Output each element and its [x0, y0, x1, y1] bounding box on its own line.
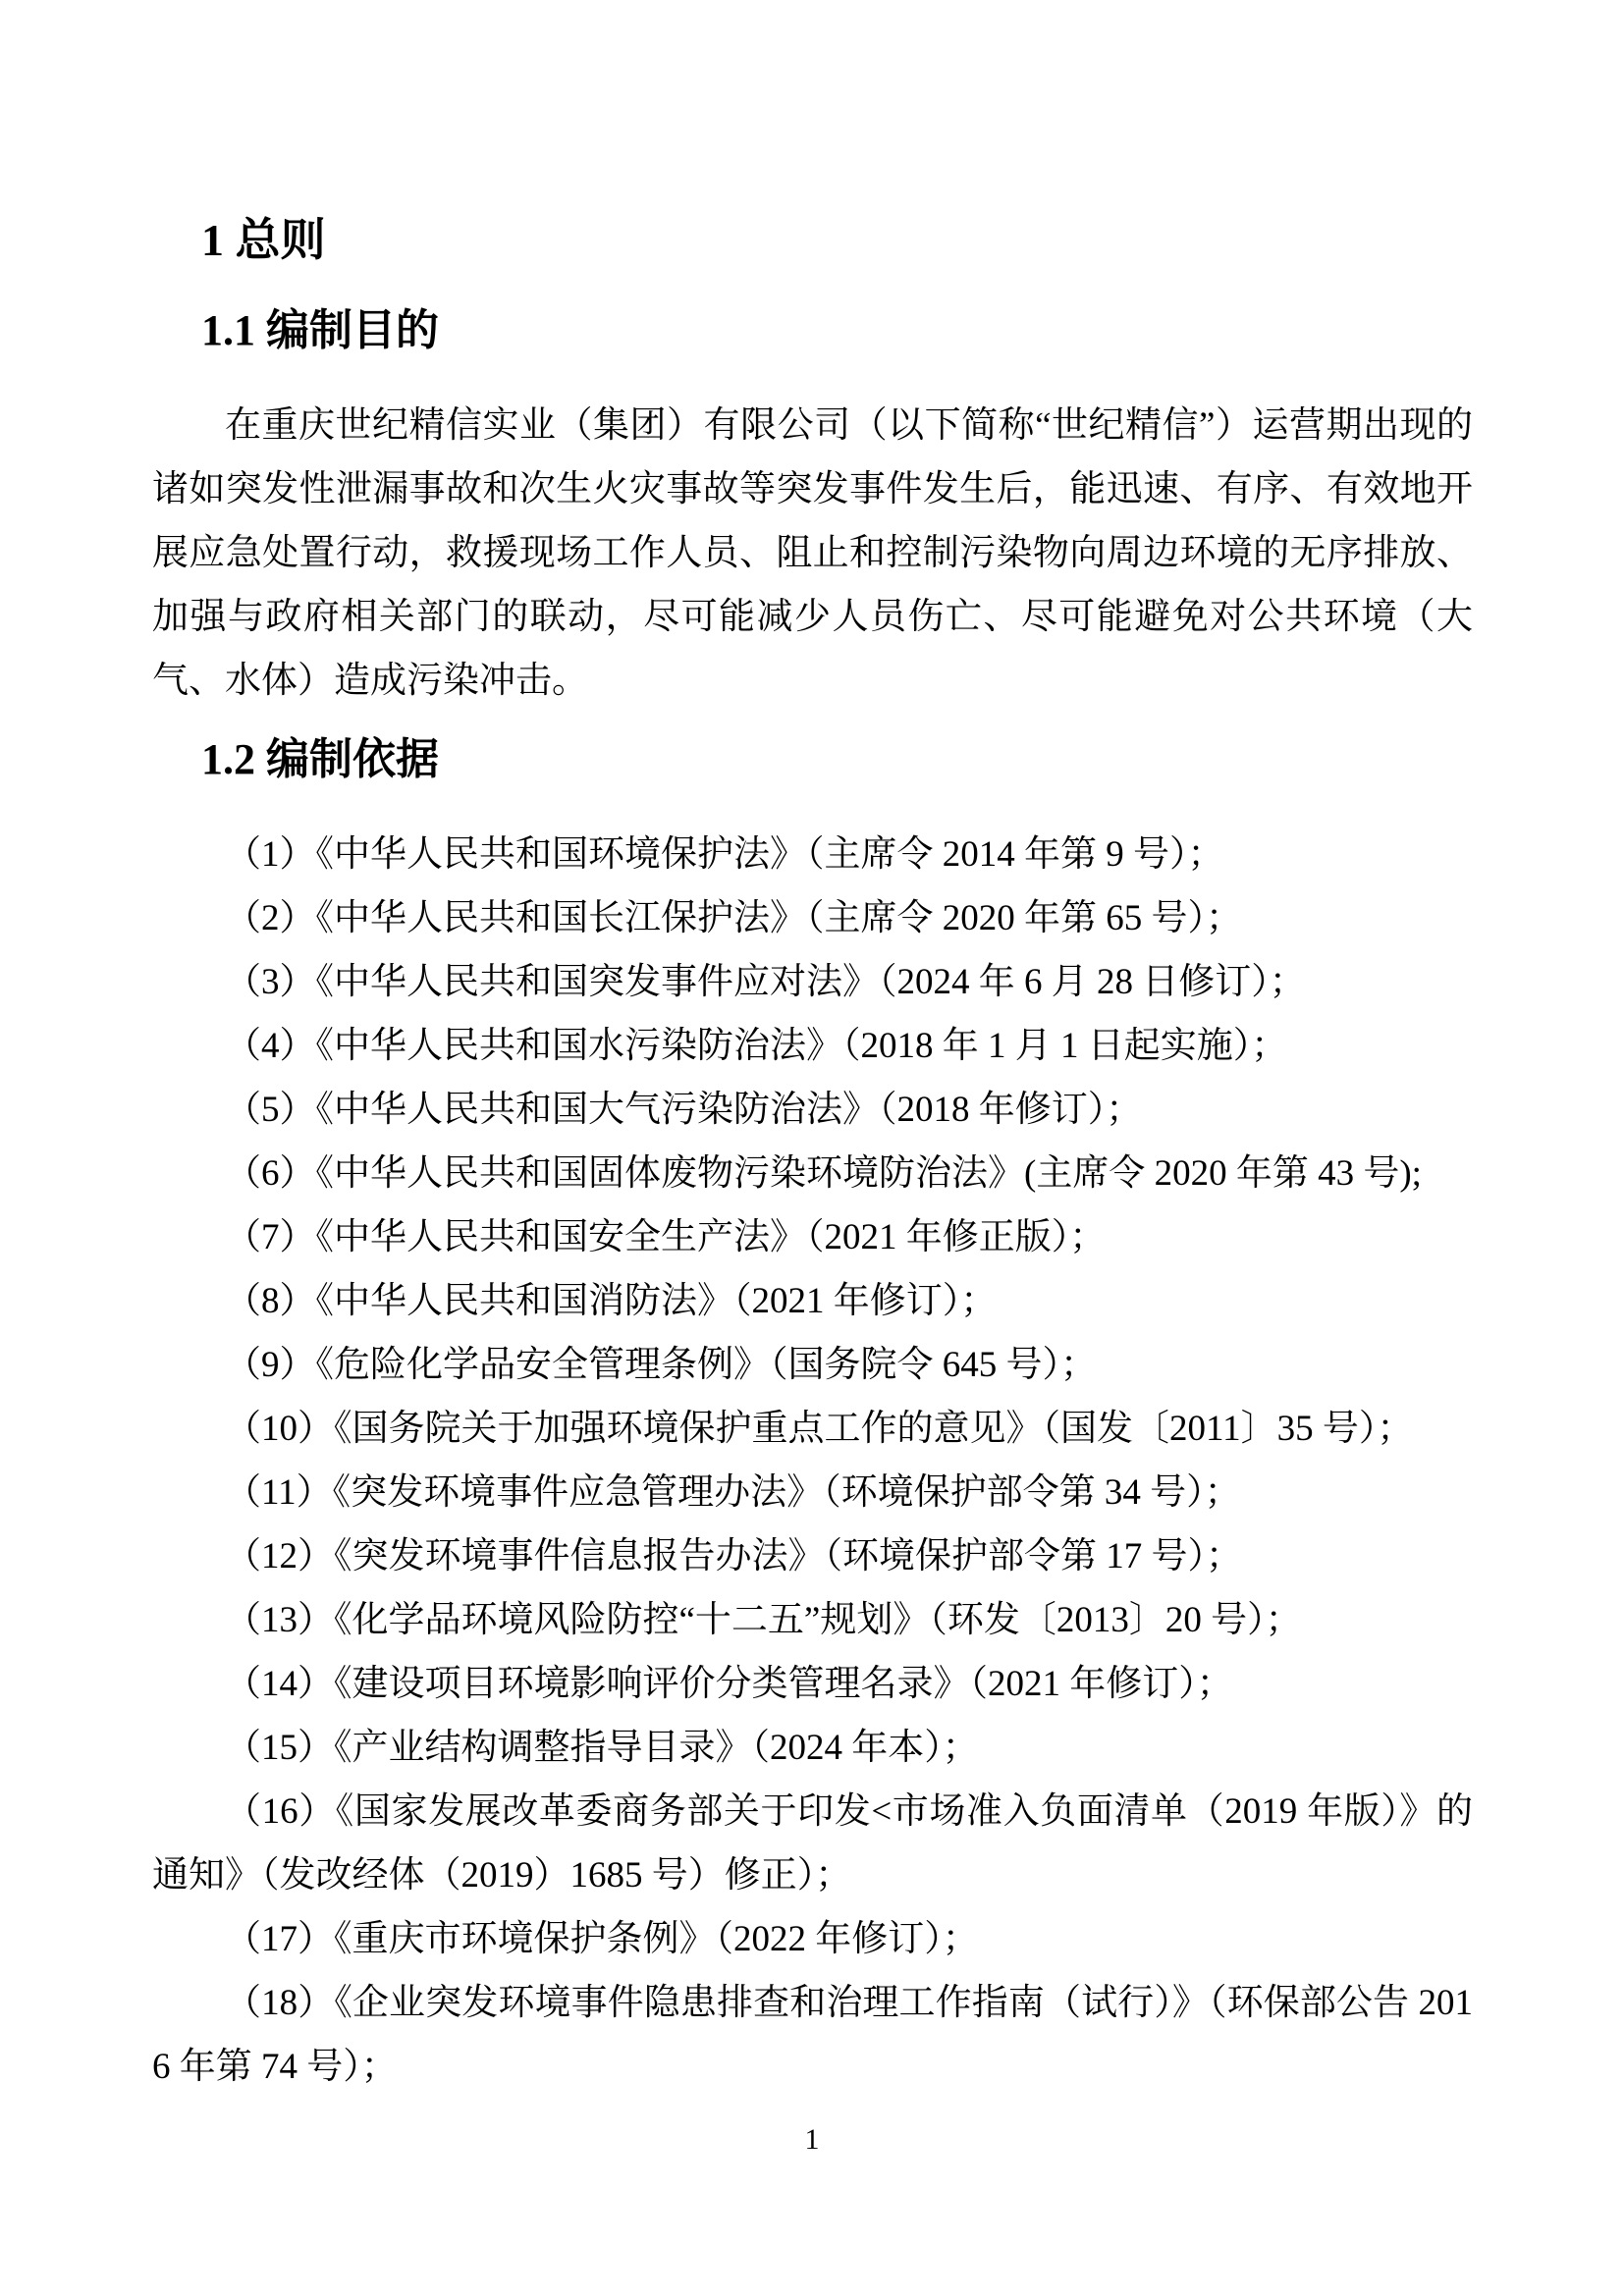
reference-item-10: （10）《国务院关于加强环境保护重点工作的意见》（国发〔2011〕35 号）；	[152, 1397, 1473, 1461]
reference-list: （1）《中华人民共和国环境保护法》（主席令 2014 年第 9 号）； （2）《…	[152, 823, 1473, 2099]
reference-item-16: （16）《国家发展改革委商务部关于印发<市场准入负面清单（2019 年版）》的通…	[152, 1780, 1473, 1907]
reference-item-7: （7）《中华人民共和国安全生产法》（2021 年修正版）；	[152, 1205, 1473, 1269]
reference-item-4: （4）《中华人民共和国水污染防治法》（2018 年 1 月 1 日起实施）；	[152, 1014, 1473, 1078]
reference-item-1: （1）《中华人民共和国环境保护法》（主席令 2014 年第 9 号）；	[152, 823, 1473, 886]
reference-item-13: （13）《化学品环境风险防控“十二五”规划》（环发〔2013〕20 号）；	[152, 1588, 1473, 1652]
purpose-paragraph: 在重庆世纪精信实业（集团）有限公司（以下简称“世纪精信”）运营期出现的诸如突发性…	[152, 394, 1473, 713]
document-page: 1 总则 1.1 编制目的 在重庆世纪精信实业（集团）有限公司（以下简称“世纪精…	[0, 0, 1624, 2296]
chapter-heading: 1 总则	[201, 218, 1473, 263]
reference-item-9: （9）《危险化学品安全管理条例》（国务院令 645 号）；	[152, 1333, 1473, 1397]
reference-item-17: （17）《重庆市环境保护条例》（2022 年修订）；	[152, 1907, 1473, 1971]
reference-item-11: （11）《突发环境事件应急管理办法》（环境保护部令第 34 号）；	[152, 1461, 1473, 1524]
reference-item-15: （15）《产业结构调整指导目录》（2024 年本）；	[152, 1716, 1473, 1780]
page-number: 1	[0, 2125, 1624, 2155]
section-heading-1-1: 1.1 编制目的	[201, 309, 1473, 352]
reference-item-12: （12）《突发环境事件信息报告办法》（环境保护部令第 17 号）；	[152, 1524, 1473, 1588]
reference-item-2: （2）《中华人民共和国长江保护法》（主席令 2020 年第 65 号）；	[152, 886, 1473, 950]
reference-item-14: （14）《建设项目环境影响评价分类管理名录》（2021 年修订）；	[152, 1652, 1473, 1716]
reference-item-3: （3）《中华人民共和国突发事件应对法》（2024 年 6 月 28 日修订）；	[152, 950, 1473, 1014]
reference-item-18: （18）《企业突发环境事件隐患排查和治理工作指南（试行）》（环保部公告 2016…	[152, 1971, 1473, 2099]
reference-item-6: （6）《中华人民共和国固体废物污染环境防治法》(主席令 2020 年第 43 号…	[152, 1142, 1473, 1205]
reference-item-8: （8）《中华人民共和国消防法》（2021 年修订）；	[152, 1269, 1473, 1333]
section-heading-1-2: 1.2 编制依据	[201, 738, 1473, 781]
reference-item-5: （5）《中华人民共和国大气污染防治法》（2018 年修订）；	[152, 1078, 1473, 1142]
